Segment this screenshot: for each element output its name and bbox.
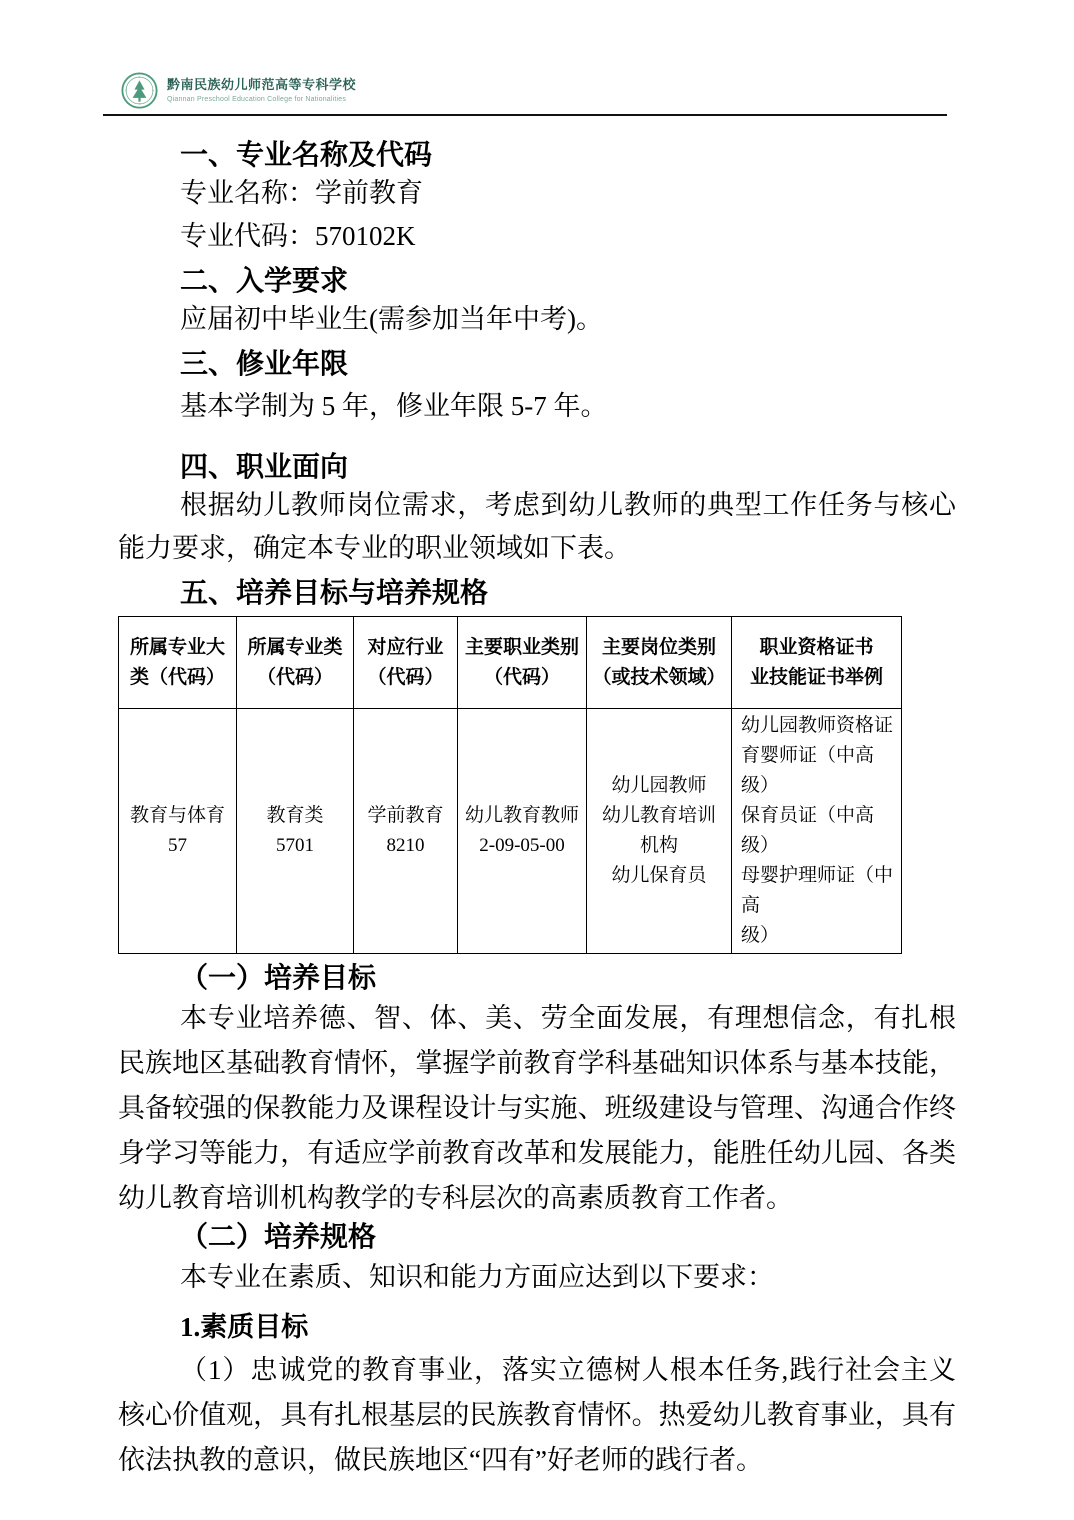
section-2-title: 二、入学要求: [118, 264, 956, 298]
section-4-body: 根据幼儿教师岗位需求，考虑到幼儿教师的典型工作任务与核心能力要求，确定本专业的职…: [118, 484, 956, 570]
subsection-2-title: （二）培养规格: [118, 1221, 956, 1255]
col-header-major-class: 所属专业类 （代码）: [237, 617, 354, 709]
school-seal-icon: [121, 72, 158, 109]
document-page: 黔南民族幼儿师范高等专科学校 Qiannan Preschool Educati…: [0, 0, 1074, 1520]
cell-occupation-category: 幼儿教育教师 2-09-05-00: [458, 709, 587, 954]
table-body: 教育与体育 57 教育类 5701 学前教育 8210 幼儿教育教师 2-09-…: [119, 709, 902, 954]
school-name-zh: 黔南民族幼儿师范高等专科学校: [167, 78, 356, 93]
col-header-industry: 对应行业 （代码）: [354, 617, 458, 709]
school-name-en: Qiannan Preschool Education College for …: [167, 95, 356, 104]
col-header-major-category: 所属专业大 类（代码）: [119, 617, 237, 709]
major-code-line: 专业代码：570102K: [118, 215, 956, 258]
cell-certificates: 幼儿园教师资格证 育婴师证（中高级） 保育员证（中高级） 母婴护理师证（中高 级…: [732, 709, 902, 954]
school-logo: 黔南民族幼儿师范高等专科学校 Qiannan Preschool Educati…: [121, 72, 356, 109]
school-name-block: 黔南民族幼儿师范高等专科学校 Qiannan Preschool Educati…: [167, 72, 356, 104]
table-header-row: 所属专业大 类（代码） 所属专业类 （代码） 对应行业 （代码） 主要职业类别 …: [119, 617, 902, 709]
subsection-1-title: （一）培养目标: [118, 962, 956, 996]
table-row: 教育与体育 57 教育类 5701 学前教育 8210 幼儿教育教师 2-09-…: [119, 709, 902, 954]
section-2-body: 应届初中毕业生(需参加当年中考)。: [118, 298, 956, 341]
cell-post-category: 幼儿园教师 幼儿教育培训 机构 幼儿保育员: [587, 709, 732, 954]
section-3-title: 三、修业年限: [118, 347, 956, 381]
col-header-post-category: 主要岗位类别 （或技术领域）: [587, 617, 732, 709]
subsection-1-body: 本专业培养德、智、体、美、劳全面发展，有理想信念，有扎根民族地区基础教育情怀，掌…: [118, 996, 956, 1221]
major-name-line: 专业名称：学前教育: [118, 172, 956, 215]
section-4-title: 四、职业面向: [118, 450, 956, 484]
section-3-body: 基本学制为 5 年，修业年限 5-7 年。: [118, 385, 956, 428]
cell-industry: 学前教育 8210: [354, 709, 458, 954]
quality-goal-title: 1.素质目标: [118, 1310, 956, 1344]
section-5-title: 五、培养目标与培养规格: [118, 576, 956, 610]
document-body: 一、专业名称及代码 专业名称：学前教育 专业代码：570102K 二、入学要求 …: [118, 116, 956, 1483]
col-header-certificates: 职业资格证书 业技能证书举例: [732, 617, 902, 709]
section-1-title: 一、专业名称及代码: [118, 138, 956, 172]
cell-major-category: 教育与体育 57: [119, 709, 237, 954]
col-header-occupation-category: 主要职业类别 （代码）: [458, 617, 587, 709]
quality-goal-body: （1）忠诚党的教育事业，落实立德树人根本任务,践行社会主义核心价值观，具有扎根基…: [118, 1348, 956, 1483]
subsection-2-body: 本专业在素质、知识和能力方面应达到以下要求：: [118, 1255, 956, 1300]
career-orientation-table: 所属专业大 类（代码） 所属专业类 （代码） 对应行业 （代码） 主要职业类别 …: [118, 616, 902, 954]
cell-major-class: 教育类 5701: [237, 709, 354, 954]
